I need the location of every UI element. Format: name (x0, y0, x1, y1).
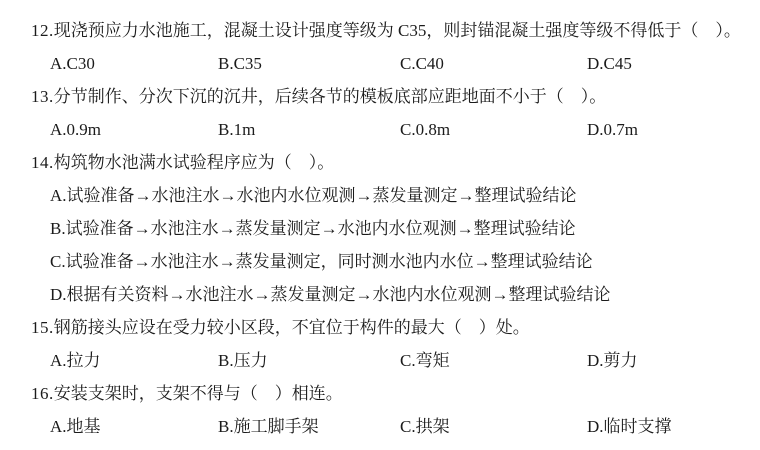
question-13-text: 13.分节制作、分次下沉的沉井，后续各节的模板底部应距地面不小于（ ）。 (31, 80, 752, 113)
question-14-number: 14. (31, 153, 54, 172)
question-16-option-c: C.拱架 (400, 410, 450, 443)
question-13-number: 13. (31, 87, 54, 106)
question-12-body: 现浇预应力水池施工，混凝土设计强度等级为 C35，则封锚混凝土强度等级不得低于（… (54, 21, 741, 40)
question-15-options: A.拉力 B.压力 C.弯矩 D.剪力 (31, 344, 752, 377)
question-15-option-b: B.压力 (218, 344, 268, 377)
question-16-option-a: A.地基 (50, 410, 101, 443)
question-14-text: 14.构筑物水池满水试验程序应为（ ）。 (31, 146, 752, 179)
question-12-option-a: A.C30 (50, 47, 95, 80)
question-13-option-b: B.1m (218, 113, 255, 146)
question-14-option-c: C.试验准备→水池注水→蒸发量测定，同时测水池内水位→整理试验结论 (31, 245, 752, 278)
question-16-options: A.地基 B.施工脚手架 C.拱架 D.临时支撑 (31, 410, 752, 443)
question-15-option-c: C.弯矩 (400, 344, 450, 377)
question-13-option-d: D.0.7m (587, 113, 638, 146)
question-15-body: 钢筋接头应设在受力较小区段，不宜位于构件的最大（ ）处。 (54, 318, 530, 337)
question-12-text: 12.现浇预应力水池施工，混凝土设计强度等级为 C35，则封锚混凝土强度等级不得… (31, 14, 752, 47)
question-16-text: 16.安装支架时，支架不得与（ ）相连。 (31, 377, 752, 410)
question-14-option-d: D.根据有关资料→水池注水→蒸发量测定→水池内水位观测→整理试验结论 (31, 278, 752, 311)
question-12-option-d: D.C45 (587, 47, 632, 80)
question-16-option-b: B.施工脚手架 (218, 410, 319, 443)
question-12-number: 12. (31, 21, 54, 40)
question-16-number: 16. (31, 384, 54, 403)
question-15-option-d: D.剪力 (587, 344, 638, 377)
question-14-option-a: A.试验准备→水池注水→水池内水位观测→蒸发量测定→整理试验结论 (31, 179, 752, 212)
question-14-option-b: B.试验准备→水池注水→蒸发量测定→水池内水位观测→整理试验结论 (31, 212, 752, 245)
exam-page: 12.现浇预应力水池施工，混凝土设计强度等级为 C35，则封锚混凝土强度等级不得… (0, 0, 760, 450)
question-12-option-c: C.C40 (400, 47, 444, 80)
question-16-body: 安装支架时，支架不得与（ ）相连。 (54, 384, 343, 403)
question-15-option-a: A.拉力 (50, 344, 101, 377)
question-12-option-b: B.C35 (218, 47, 262, 80)
question-15-text: 15.钢筋接头应设在受力较小区段，不宜位于构件的最大（ ）处。 (31, 311, 752, 344)
question-13-option-a: A.0.9m (50, 113, 101, 146)
question-12-options: A.C30 B.C35 C.C40 D.C45 (31, 47, 752, 80)
question-15-number: 15. (31, 318, 54, 337)
question-14-body: 构筑物水池满水试验程序应为（ ）。 (54, 153, 335, 172)
question-13-options: A.0.9m B.1m C.0.8m D.0.7m (31, 113, 752, 146)
question-16-option-d: D.临时支撑 (587, 410, 672, 443)
question-13-option-c: C.0.8m (400, 113, 450, 146)
question-13-body: 分节制作、分次下沉的沉井，后续各节的模板底部应距地面不小于（ ）。 (54, 87, 607, 106)
